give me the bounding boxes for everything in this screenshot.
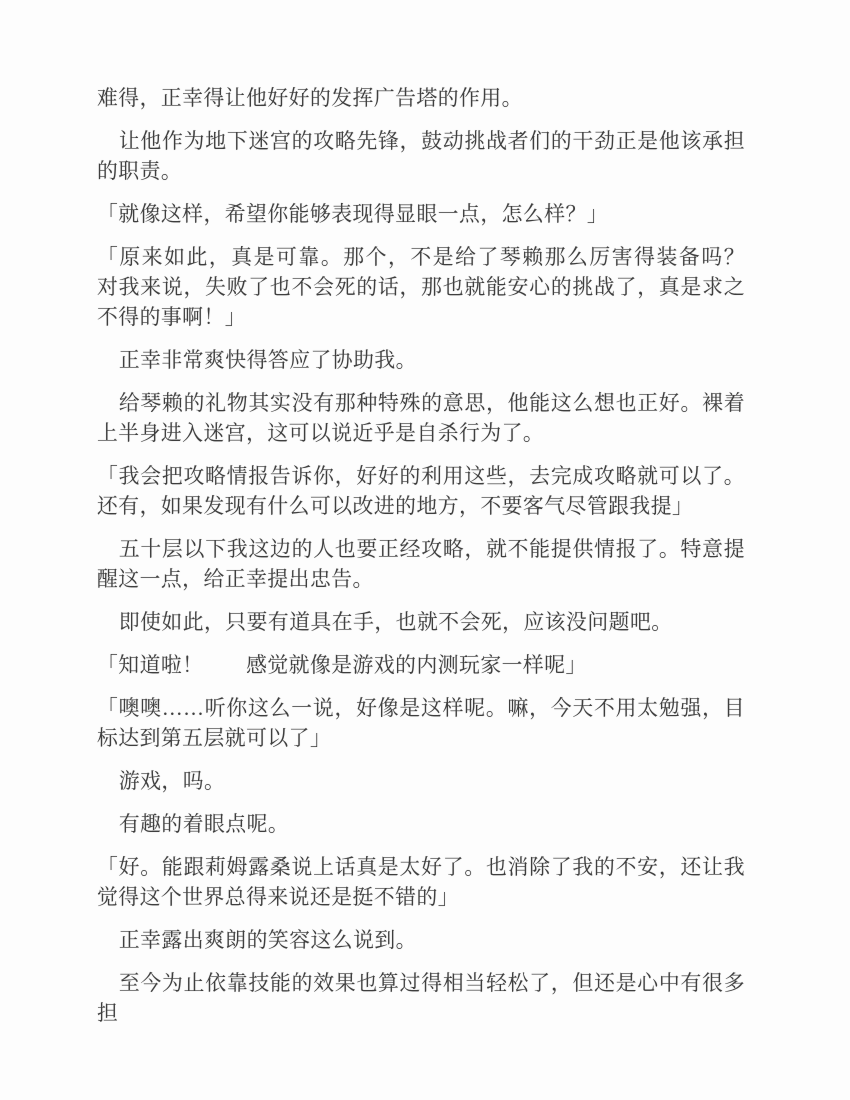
paragraph-dialogue: 「原来如此，真是可靠。那个，不是给了琴赖那么厉害得装备吗？ 对我来说，失败了也不… [97, 243, 745, 333]
paragraph: 有趣的着眼点呢。 [97, 810, 745, 840]
paragraph: 正幸露出爽朗的笑容这么说到。 [97, 926, 745, 956]
paragraph: 正幸非常爽快得答应了协助我。 [97, 346, 745, 376]
paragraph: 游戏，吗。 [97, 767, 745, 797]
paragraph: 难得，正幸得让他好好的发挥广告塔的作用。 [97, 84, 745, 114]
paragraph-dialogue: 「我会把攻略情报告诉你，好好的利用这些，去完成攻略就可以了。还有，如果发现有什么… [97, 462, 745, 522]
paragraph-dialogue: 「就像这样，希望你能够表现得显眼一点，怎么样？」 [97, 200, 745, 230]
paragraph: 给琴赖的礼物其实没有那种特殊的意思，他能这么想也正好。裸着上半身进入迷宫，这可以… [97, 389, 745, 449]
paragraph: 即使如此，只要有道具在手，也就不会死，应该没问题吧。 [97, 608, 745, 638]
paragraph-dialogue: 「好。能跟莉姆露桑说上话真是太好了。也消除了我的不安，还让我觉得这个世界总得来说… [97, 853, 745, 913]
paragraph-dialogue: 「知道啦！ 感觉就像是游戏的内测玩家一样呢」 [97, 651, 745, 681]
paragraph-dialogue: 「噢噢……听你这么一说，好像是这样呢。嘛，今天不用太勉强，目标达到第五层就可以了… [97, 694, 745, 754]
chapter-text-block: 难得，正幸得让他好好的发挥广告塔的作用。 让他作为地下迷宫的攻略先锋，鼓动挑战者… [97, 84, 745, 1029]
paragraph: 让他作为地下迷宫的攻略先锋，鼓动挑战者们的干劲正是他该承担的职责。 [97, 127, 745, 187]
paragraph: 至今为止依靠技能的效果也算过得相当轻松了，但还是心中有很多担 [97, 969, 745, 1029]
novel-page: 难得，正幸得让他好好的发挥广告塔的作用。 让他作为地下迷宫的攻略先锋，鼓动挑战者… [0, 0, 850, 1100]
paragraph: 五十层以下我这边的人也要正经攻略，就不能提供情报了。特意提醒这一点，给正幸提出忠… [97, 535, 745, 595]
